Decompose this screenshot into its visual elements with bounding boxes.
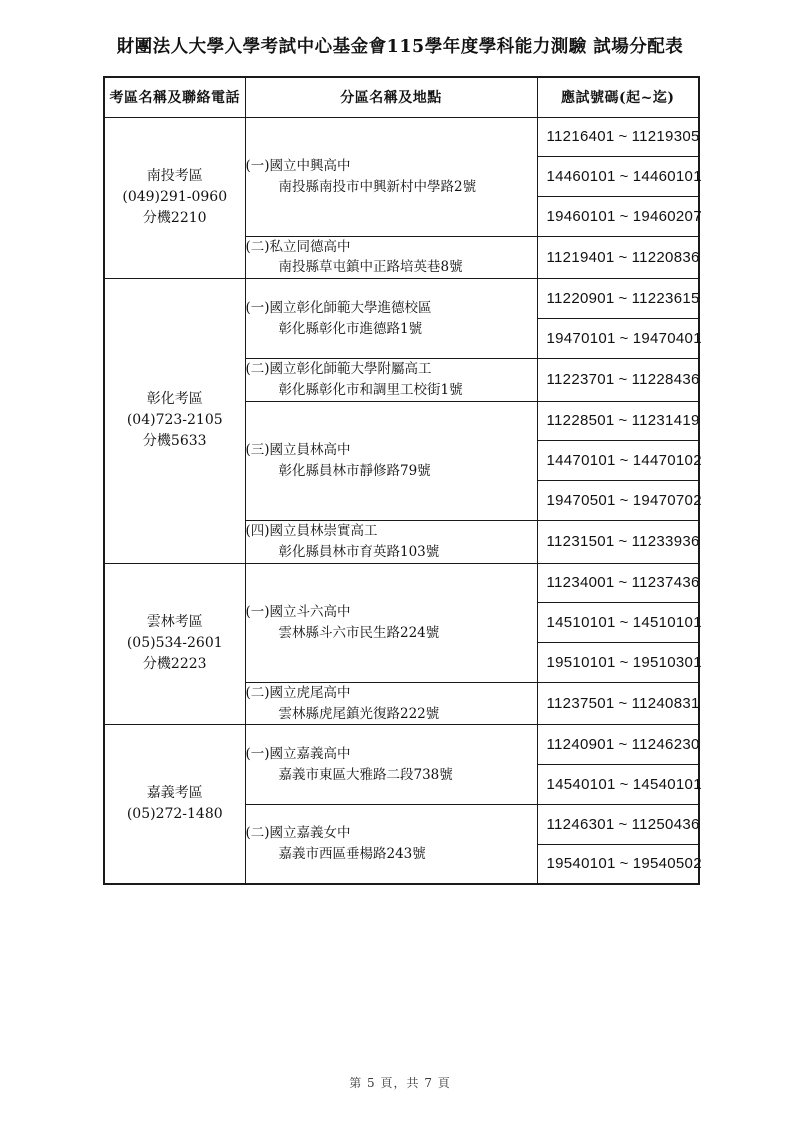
region-phone: (05)272-1480	[105, 804, 245, 825]
range-end: 19470702	[633, 492, 702, 509]
range-end: 14510101	[633, 614, 702, 631]
region-phone: (04)723-2105	[105, 410, 245, 431]
venue-address: 南投縣草屯鎮中正路培英巷8號	[246, 257, 537, 278]
venue-address: 嘉義市西區垂楊路243號	[246, 844, 537, 865]
exam-number-range-cell: 19510101 ~ 19510301	[537, 642, 699, 682]
venue-cell: (三)國立員林高中 彰化縣員林市靜修路79號	[245, 401, 537, 520]
range-start: 11216401	[547, 128, 615, 145]
exam-number-range-cell: 14510101 ~ 14510101	[537, 603, 699, 643]
venue-address: 南投縣南投市中興新村中學路2號	[246, 177, 537, 198]
venue-name: (一)國立彰化師範大學進德校區	[246, 298, 537, 319]
venue-cell: (二)國立嘉義女中 嘉義市西區垂楊路243號	[245, 804, 537, 883]
region-name: 彰化考區	[105, 389, 245, 410]
range-start: 11228501	[547, 412, 615, 429]
venue-address: 彰化縣彰化市和調里工校街1號	[246, 380, 537, 401]
range-start: 19460101	[547, 208, 616, 225]
range-end: 11219305	[632, 128, 700, 145]
region-name: 嘉義考區	[105, 783, 245, 804]
range-start: 11220901	[547, 290, 615, 307]
range-start: 19470501	[547, 492, 616, 509]
venue-cell: (二)私立同德高中 南投縣草屯鎮中正路培英巷8號	[245, 236, 537, 279]
exam-number-range-cell: 19540101 ~ 19540502	[537, 844, 699, 884]
exam-number-range-cell: 11223701 ~ 11228436	[537, 358, 699, 401]
venue-name: (四)國立員林崇實高工	[246, 521, 537, 542]
venue-address: 雲林縣虎尾鎮光復路222號	[246, 704, 537, 725]
range-end: 19510301	[633, 654, 702, 671]
range-tilde: ~	[616, 614, 633, 631]
range-tilde: ~	[615, 412, 632, 429]
venue-cell: (一)國立中興高中 南投縣南投市中興新村中學路2號	[245, 117, 537, 236]
range-tilde: ~	[615, 128, 632, 145]
region-cell-nantou: 南投考區 (049)291-0960 分機2210	[104, 117, 245, 279]
range-tilde: ~	[615, 816, 632, 833]
exam-number-range-cell: 11234001 ~ 11237436	[537, 563, 699, 603]
range-tilde: ~	[615, 371, 632, 388]
range-end: 11246230	[632, 736, 700, 753]
range-end: 11237436	[632, 574, 700, 591]
range-tilde: ~	[615, 533, 632, 550]
range-start: 11234001	[547, 574, 615, 591]
range-start: 11246301	[547, 816, 615, 833]
exam-number-range-cell: 11231501 ~ 11233936	[537, 520, 699, 563]
venue-address: 彰化縣員林市育英路103號	[246, 542, 537, 563]
range-tilde: ~	[615, 695, 632, 712]
range-tilde: ~	[616, 168, 633, 185]
exam-number-range-cell: 11228501 ~ 11231419	[537, 401, 699, 441]
range-end: 19460207	[633, 208, 702, 225]
exam-number-range-cell: 11237501 ~ 11240831	[537, 682, 699, 725]
range-start: 11219401	[547, 249, 615, 266]
exam-number-range-cell: 11220901 ~ 11223615	[537, 279, 699, 319]
exam-number-range-cell: 11216401 ~ 11219305	[537, 117, 699, 157]
venue-cell: (四)國立員林崇實高工 彰化縣員林市育英路103號	[245, 520, 537, 563]
range-end: 11228436	[632, 371, 700, 388]
page-number: 第 5 頁，共 7 頁	[0, 1074, 800, 1091]
exam-number-range-cell: 19470101 ~ 19470401	[537, 319, 699, 359]
region-cell-changhua: 彰化考區 (04)723-2105 分機5633	[104, 279, 245, 563]
venue-cell: (一)國立嘉義高中 嘉義市東區大雅路二段738號	[245, 725, 537, 804]
venue-name: (一)國立嘉義高中	[246, 744, 537, 765]
exam-number-range-cell: 11219401 ~ 11220836	[537, 236, 699, 279]
range-start: 14510101	[547, 614, 616, 631]
range-start: 14460101	[547, 168, 616, 185]
region-extension: 分機5633	[105, 431, 245, 452]
exam-number-range-cell: 19470501 ~ 19470702	[537, 481, 699, 521]
range-tilde: ~	[616, 492, 633, 509]
venue-cell: (二)國立虎尾高中 雲林縣虎尾鎮光復路222號	[245, 682, 537, 725]
exam-number-range-cell: 14460101 ~ 14460101	[537, 157, 699, 197]
region-cell-chiayi: 嘉義考區 (05)272-1480	[104, 725, 245, 884]
page-title: 財團法人大學入學考試中心基金會115學年度學科能力測驗 試場分配表	[0, 34, 800, 60]
venue-address: 雲林縣斗六市民生路224號	[246, 623, 537, 644]
range-end: 11240831	[632, 695, 700, 712]
range-end: 19470401	[633, 330, 702, 347]
region-extension: 分機2210	[105, 208, 245, 229]
range-tilde: ~	[615, 736, 632, 753]
range-start: 11240901	[547, 736, 615, 753]
column-header-region: 考區名稱及聯絡電話	[104, 77, 245, 117]
table-row: 南投考區 (049)291-0960 分機2210 (一)國立中興高中 南投縣南…	[104, 117, 699, 157]
region-phone: (049)291-0960	[105, 187, 245, 208]
range-tilde: ~	[616, 330, 633, 347]
range-end: 19540502	[633, 855, 702, 872]
venue-cell: (一)國立斗六高中 雲林縣斗六市民生路224號	[245, 563, 537, 682]
range-tilde: ~	[615, 290, 632, 307]
range-end: 11231419	[632, 412, 700, 429]
range-end: 14540101	[633, 776, 702, 793]
range-start: 11237501	[547, 695, 615, 712]
region-extension: 分機2223	[105, 654, 245, 675]
venue-address: 嘉義市東區大雅路二段738號	[246, 765, 537, 786]
range-tilde: ~	[616, 855, 633, 872]
venue-cell: (一)國立彰化師範大學進德校區 彰化縣彰化市進德路1號	[245, 279, 537, 358]
venue-address: 彰化縣員林市靜修路79號	[246, 461, 537, 482]
range-end: 14460101	[633, 168, 702, 185]
exam-number-range-cell: 19460101 ~ 19460207	[537, 196, 699, 236]
range-start: 11231501	[547, 533, 615, 550]
table-row: 雲林考區 (05)534-2601 分機2223 (一)國立斗六高中 雲林縣斗六…	[104, 563, 699, 603]
region-cell-yunlin: 雲林考區 (05)534-2601 分機2223	[104, 563, 245, 725]
range-tilde: ~	[615, 574, 632, 591]
column-header-range: 應試號碼(起~迄)	[537, 77, 699, 117]
region-phone: (05)534-2601	[105, 633, 245, 654]
venue-name: (二)國立嘉義女中	[246, 823, 537, 844]
range-start: 14540101	[547, 776, 616, 793]
exam-number-range-cell: 11246301 ~ 11250436	[537, 804, 699, 844]
range-end: 14470102	[633, 452, 702, 469]
range-end: 11223615	[632, 290, 700, 307]
exam-number-range-cell: 14540101 ~ 14540101	[537, 765, 699, 805]
venue-cell: (二)國立彰化師範大學附屬高工 彰化縣彰化市和調里工校街1號	[245, 358, 537, 401]
range-start: 19470101	[547, 330, 616, 347]
range-start: 19540101	[547, 855, 616, 872]
venue-name: (二)私立同德高中	[246, 237, 537, 258]
exam-number-range-cell: 11240901 ~ 11246230	[537, 725, 699, 765]
table-row: 嘉義考區 (05)272-1480 (一)國立嘉義高中 嘉義市東區大雅路二段73…	[104, 725, 699, 765]
venue-name: (二)國立虎尾高中	[246, 683, 537, 704]
region-name: 雲林考區	[105, 612, 245, 633]
range-start: 11223701	[547, 371, 615, 388]
range-end: 11233936	[632, 533, 700, 550]
venue-name: (三)國立員林高中	[246, 440, 537, 461]
range-start: 14470101	[547, 452, 616, 469]
range-tilde: ~	[616, 776, 633, 793]
venue-address: 彰化縣彰化市進德路1號	[246, 319, 537, 340]
range-tilde: ~	[616, 654, 633, 671]
column-header-venue: 分區名稱及地點	[245, 77, 537, 117]
table-header-row: 考區名稱及聯絡電話 分區名稱及地點 應試號碼(起~迄)	[104, 77, 699, 117]
range-end: 11220836	[632, 249, 700, 266]
table-row: 彰化考區 (04)723-2105 分機5633 (一)國立彰化師範大學進德校區…	[104, 279, 699, 319]
exam-number-range-cell: 14470101 ~ 14470102	[537, 441, 699, 481]
region-name: 南投考區	[105, 166, 245, 187]
range-end: 11250436	[632, 816, 700, 833]
venue-name: (一)國立斗六高中	[246, 602, 537, 623]
range-tilde: ~	[616, 452, 633, 469]
range-tilde: ~	[616, 208, 633, 225]
document-page: 財團法人大學入學考試中心基金會115學年度學科能力測驗 試場分配表 考區名稱及聯…	[0, 0, 800, 1131]
venue-name: (一)國立中興高中	[246, 156, 537, 177]
exam-allocation-table: 考區名稱及聯絡電話 分區名稱及地點 應試號碼(起~迄) 南投考區 (049)29…	[103, 76, 700, 885]
venue-name: (二)國立彰化師範大學附屬高工	[246, 359, 537, 380]
range-tilde: ~	[615, 249, 632, 266]
range-start: 19510101	[547, 654, 616, 671]
